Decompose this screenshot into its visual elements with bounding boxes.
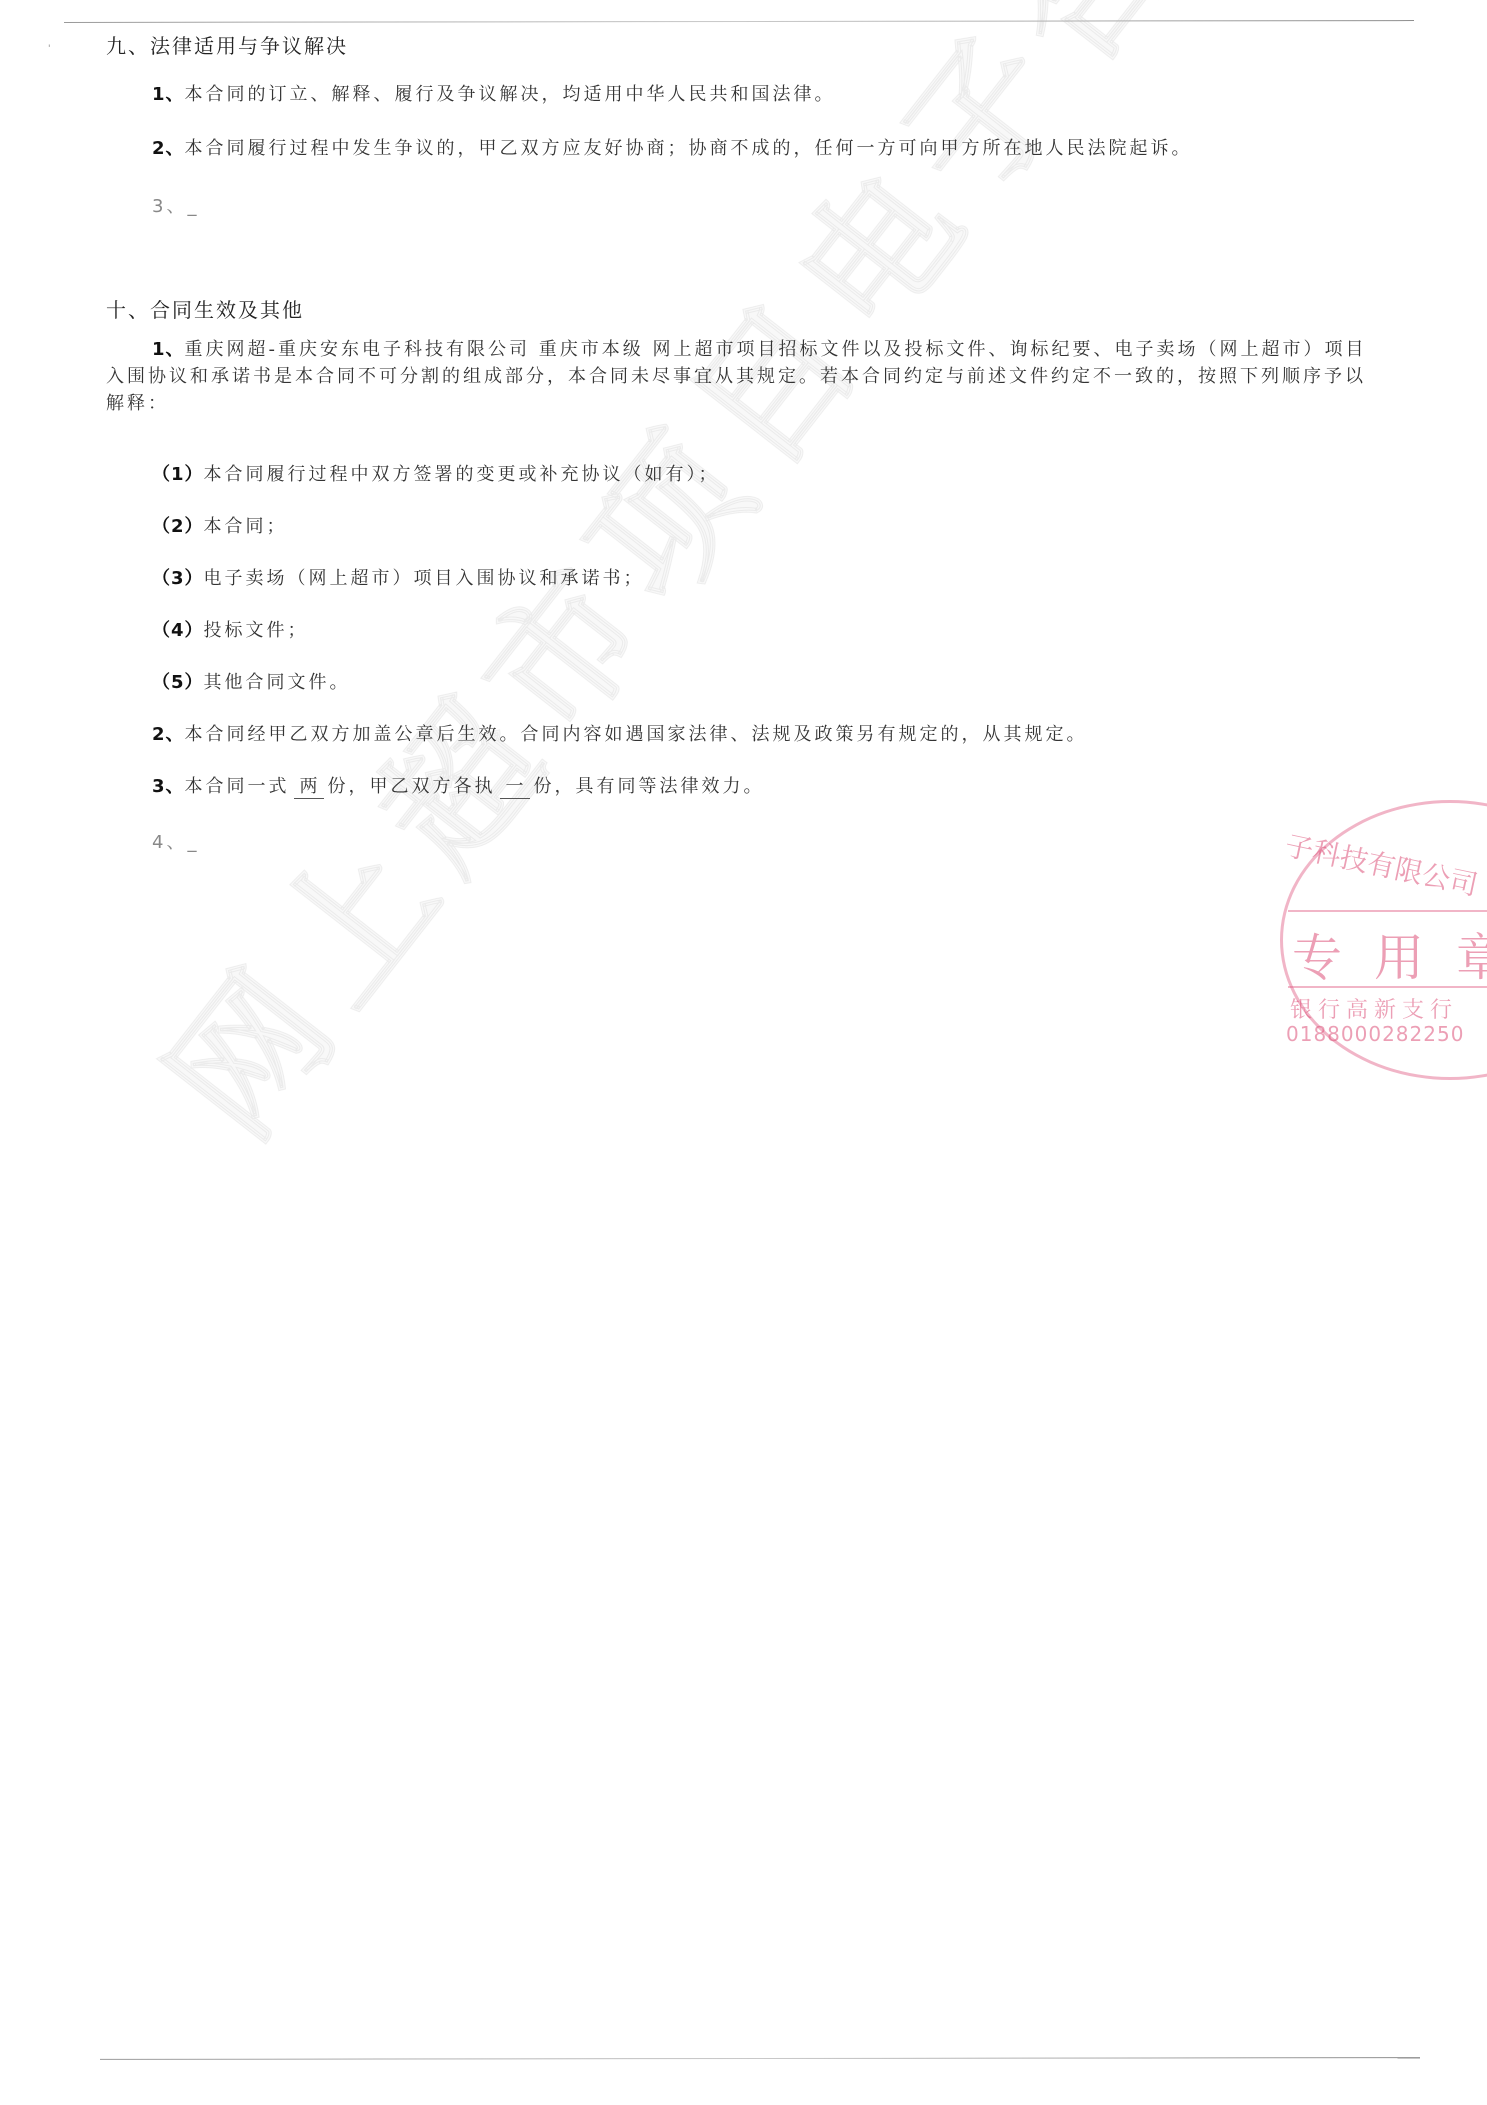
section-10-item-4: 4、_ [152, 828, 199, 854]
section-10-item-2: 2、本合同经甲乙双方加盖公章后生效。合同内容如遇国家法律、法规及政策另有规定的，… [152, 720, 1088, 746]
copies-each-value: 一 [500, 772, 530, 799]
order-item-3: （3）电子卖场（网上超市）项目入围协议和承诺书； [152, 564, 645, 590]
item-text: 本合同经甲乙双方加盖公章后生效。合同内容如遇国家法律、法规及政策另有规定的，从其… [185, 724, 1088, 745]
section-10-heading: 十、合同生效及其他 [106, 294, 304, 323]
order-text: 投标文件； [204, 620, 309, 641]
item-number: 4、 [152, 832, 187, 853]
item-number: 3、 [152, 196, 187, 217]
item-text: 本合同的订立、解释、履行及争议解决，均适用中华人民共和国法律。 [185, 84, 836, 105]
item-number: 3、 [152, 776, 185, 797]
seal-account-text: 0188000282250 [1286, 1022, 1464, 1046]
seal-divider-top [1288, 910, 1487, 912]
section-9-heading: 九、法律适用与争议解决 [106, 30, 348, 59]
section-9-item-3: 3、_ [152, 192, 199, 218]
item-number: 1、 [152, 339, 185, 360]
section-10-item-3: 3、本合同一式两份，甲乙双方各执一份，具有同等法律效力。 [152, 772, 765, 799]
item-text-middle: 份，甲乙双方各执 [328, 776, 496, 797]
order-item-1: （1）本合同履行过程中双方签署的变更或补充协议（如有）； [152, 460, 720, 486]
company-seal: 子科技有限公司 专用章 银行高新支行 0188000282250 [1270, 790, 1487, 1090]
order-number: （2） [152, 516, 204, 537]
seal-center-text: 专用章 [1292, 918, 1487, 990]
order-text: 其他合同文件。 [204, 672, 351, 693]
item-number: 2、 [152, 138, 185, 159]
item-text: _ [187, 196, 199, 217]
order-number: （3） [152, 568, 204, 589]
item-text: 本合同履行过程中发生争议的，甲乙双方应友好协商；协商不成的，任何一方可向甲方所在… [185, 138, 1193, 159]
item-text: 重庆网超-重庆安东电子科技有限公司 重庆市本级 网上超市项目招标文件以及投标文件… [106, 339, 1366, 414]
margin-mark: ' [48, 44, 50, 54]
order-item-2: （2）本合同； [152, 512, 288, 538]
top-rule [64, 20, 1414, 23]
order-item-5: （5）其他合同文件。 [152, 668, 351, 694]
item-text-suffix: 份，具有同等法律效力。 [534, 776, 765, 797]
section-9-item-1: 1、本合同的订立、解释、履行及争议解决，均适用中华人民共和国法律。 [152, 80, 836, 106]
seal-bank-text: 银行高新支行 [1290, 993, 1458, 1024]
order-item-4: （4）投标文件； [152, 616, 309, 642]
order-number: （5） [152, 672, 204, 693]
item-number: 1、 [152, 84, 185, 105]
order-text: 本合同； [204, 516, 288, 537]
copies-total-value: 两 [294, 772, 324, 799]
bottom-rule [100, 2057, 1420, 2060]
order-number: （1） [152, 464, 204, 485]
order-number: （4） [152, 620, 204, 641]
order-text: 本合同履行过程中双方签署的变更或补充协议（如有）； [204, 464, 720, 485]
item-number: 2、 [152, 724, 185, 745]
section-9-item-2: 2、本合同履行过程中发生争议的，甲乙双方应友好协商；协商不成的，任何一方可向甲方… [152, 134, 1193, 160]
item-text-prefix: 本合同一式 [185, 776, 290, 797]
item-text: _ [187, 832, 199, 853]
order-text: 电子卖场（网上超市）项目入围协议和承诺书； [204, 568, 645, 589]
seal-divider-bottom [1288, 986, 1487, 988]
section-10-item-1: 1、重庆网超-重庆安东电子科技有限公司 重庆市本级 网上超市项目招标文件以及投标… [106, 336, 1386, 417]
